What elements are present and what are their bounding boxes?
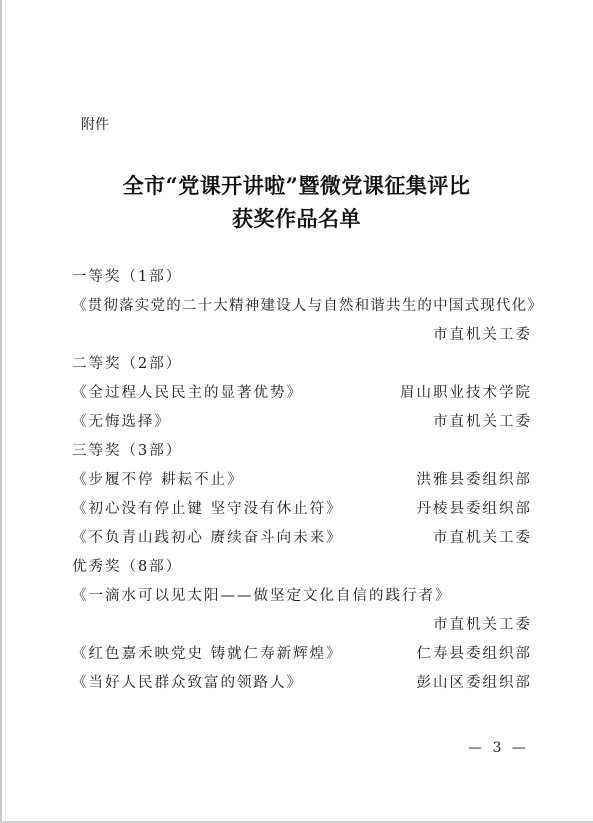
page-edge-left <box>0 0 2 823</box>
work-title: 《不负青山践初心 赓续奋斗向未来》 <box>72 526 343 550</box>
work-organization: 市直机关工委 <box>433 613 532 637</box>
work-organization: 市直机关工委 <box>433 323 532 347</box>
work-title: 《无悔选择》 <box>72 410 171 434</box>
work-organization: 市直机关工委 <box>433 410 532 434</box>
work-organization: 市直机关工委 <box>433 526 532 550</box>
award-category-second: 二等奖（2部） <box>72 352 182 376</box>
award-entry: 《不负青山践初心 赓续奋斗向未来》 市直机关工委 <box>72 526 532 550</box>
page-number: — 3 — <box>468 740 529 756</box>
award-entry-org-line: 市直机关工委 <box>72 613 532 637</box>
award-entry: 《初心没有停止键 坚守没有休止符》 丹棱县委组织部 <box>72 497 532 521</box>
award-entry: 《当好人民群众致富的领路人》 彭山区委组织部 <box>72 671 532 695</box>
award-entry: 《无悔选择》 市直机关工委 <box>72 410 532 434</box>
work-title: 《全过程人民民主的显著优势》 <box>72 381 303 405</box>
award-entry: 《全过程人民民主的显著优势》 眉山职业技术学院 <box>72 381 532 405</box>
work-organization: 丹棱县委组织部 <box>417 497 533 521</box>
document-page: 附件 全市“党课开讲啦”暨微党课征集评比 获奖作品名单 一等奖（1部） 《贯彻落… <box>0 0 593 823</box>
award-entry: 《步履不停 耕耘不止》 洪雅县委组织部 <box>72 468 532 492</box>
work-organization: 眉山职业技术学院 <box>400 381 532 405</box>
attachment-label: 附件 <box>81 114 109 134</box>
award-entry: 《贯彻落实党的二十大精神建设人与自然和谐共生的中国式现代化》 <box>72 294 532 318</box>
work-title: 《步履不停 耕耘不止》 <box>72 468 244 492</box>
work-title: 《红色嘉禾映党史 铸就仁寿新辉煌》 <box>72 642 343 666</box>
work-organization: 彭山区委组织部 <box>417 671 533 695</box>
document-title-line1: 全市“党课开讲啦”暨微党课征集评比 <box>0 170 593 200</box>
award-entry-org-line: 市直机关工委 <box>72 323 532 347</box>
page-edge-left-inner <box>5 0 6 823</box>
award-entry: 《红色嘉禾映党史 铸就仁寿新辉煌》 仁寿县委组织部 <box>72 642 532 666</box>
work-title: 《贯彻落实党的二十大精神建设人与自然和谐共生的中国式现代化》 <box>72 294 543 318</box>
work-organization: 仁寿县委组织部 <box>417 642 533 666</box>
work-title: 《一滴水可以见太阳——做坚定文化自信的践行者》 <box>72 584 452 608</box>
award-category-first: 一等奖（1部） <box>72 265 182 289</box>
work-title: 《初心没有停止键 坚守没有休止符》 <box>72 497 343 521</box>
work-title: 《当好人民群众致富的领路人》 <box>72 671 303 695</box>
work-organization: 洪雅县委组织部 <box>417 468 533 492</box>
award-category-third: 三等奖（3部） <box>72 439 182 463</box>
award-entry: 《一滴水可以见太阳——做坚定文化自信的践行者》 <box>72 584 532 608</box>
award-category-excellence: 优秀奖（8部） <box>72 555 182 579</box>
document-title-line2: 获奖作品名单 <box>0 203 593 233</box>
